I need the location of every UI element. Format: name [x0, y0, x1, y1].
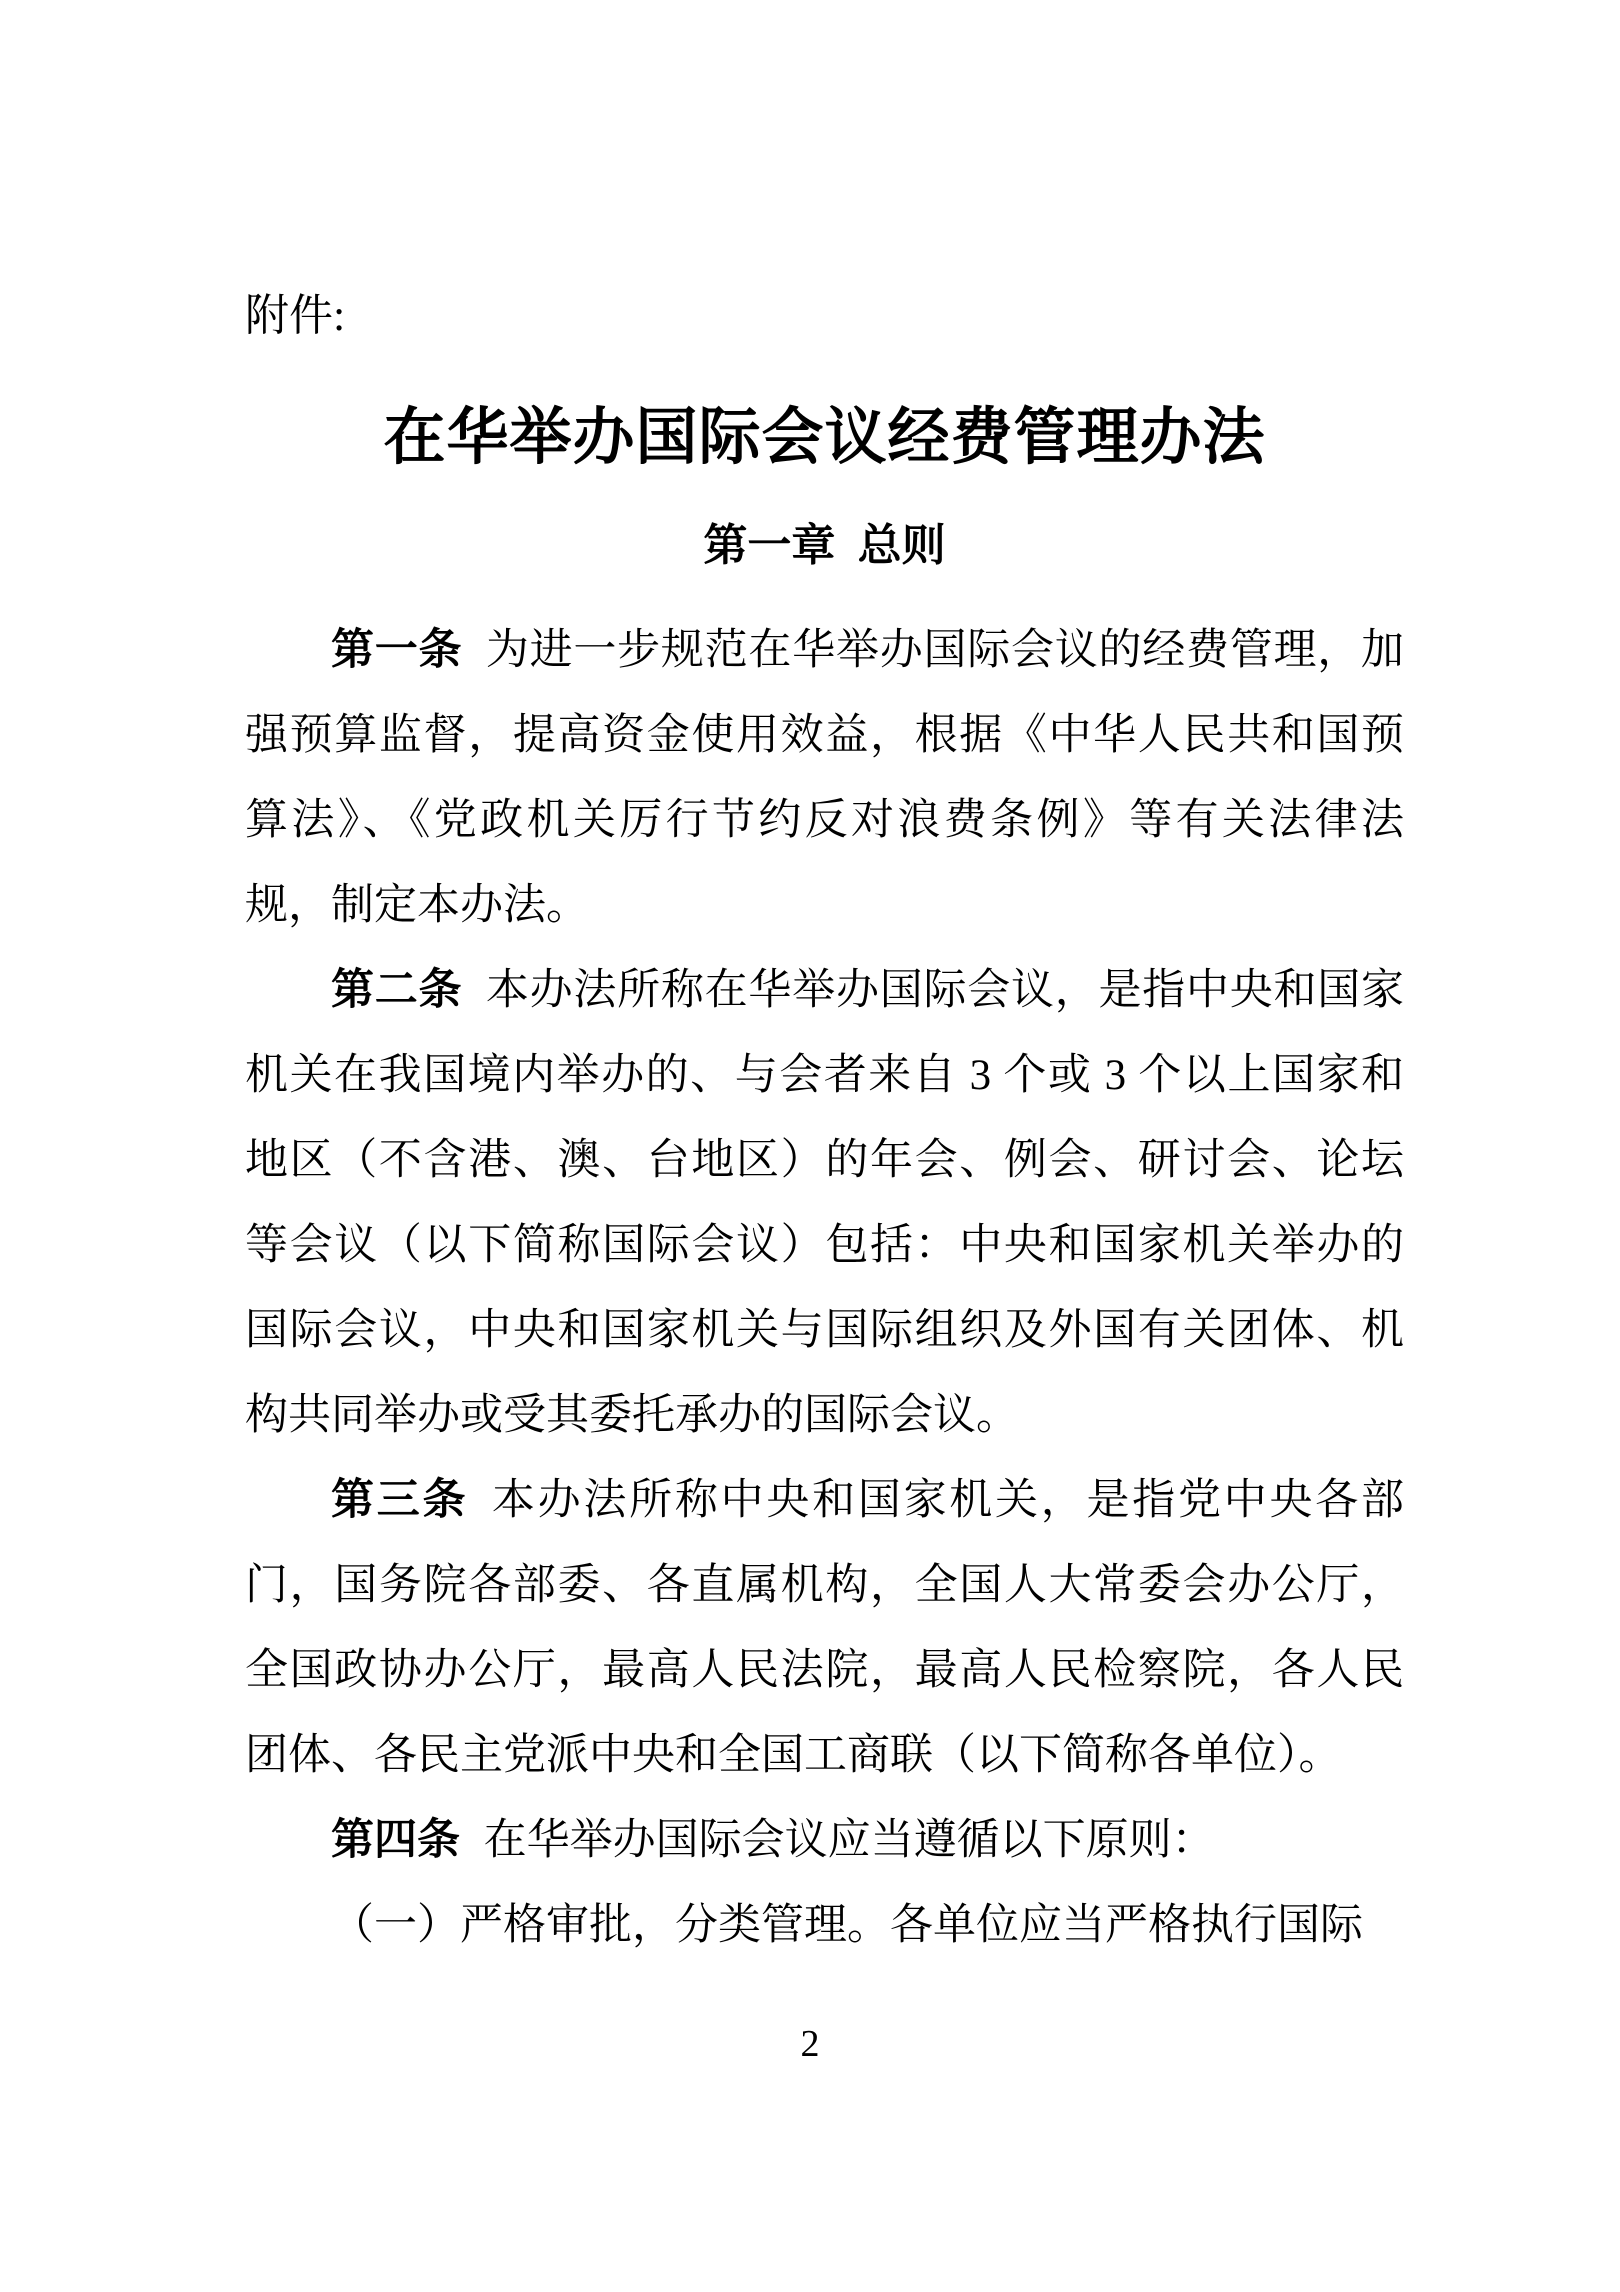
article-text-4: 在华举办国际会议应当遵循以下原则：	[484, 1817, 1215, 1864]
article-paragraph-4: 第四条在华举办国际会议应当遵循以下原则：	[245, 1798, 1404, 1883]
chapter-heading: 第一章 总则	[245, 523, 1404, 569]
document-body: 第一条为进一步规范在华举办国际会议的经费管理，加强预算监督，提高资金使用效益，根…	[245, 608, 1404, 1968]
document-title: 在华举办国际会议经费管理办法	[245, 405, 1404, 471]
attachment-label: 附件:	[245, 293, 1404, 339]
article-paragraph-5: （一）严格审批，分类管理。各单位应当严格执行国际	[245, 1883, 1404, 1968]
article-number-4: 第四条	[331, 1816, 460, 1864]
page-number: 2	[0, 2022, 1620, 2066]
article-number-1: 第一条	[331, 626, 462, 674]
article-number-3: 第三条	[331, 1476, 468, 1524]
article-paragraph-2: 第二条本办法所称在华举办国际会议，是指中央和国家机关在我国境内举办的、与会者来自…	[245, 948, 1404, 1458]
article-number-2: 第二条	[331, 966, 462, 1014]
article-paragraph-1: 第一条为进一步规范在华举办国际会议的经费管理，加强预算监督，提高资金使用效益，根…	[245, 608, 1404, 948]
article-text-2: 本办法所称在华举办国际会议，是指中央和国家机关在我国境内举办的、与会者来自 3 …	[245, 967, 1404, 1439]
document-page: 附件: 在华举办国际会议经费管理办法 第一章 总则 第一条为进一步规范在华举办国…	[0, 0, 1620, 2292]
article-paragraph-3: 第三条本办法所称中央和国家机关，是指党中央各部门，国务院各部委、各直属机构，全国…	[245, 1458, 1404, 1798]
article-text-5: （一）严格审批，分类管理。各单位应当严格执行国际	[331, 1902, 1363, 1949]
